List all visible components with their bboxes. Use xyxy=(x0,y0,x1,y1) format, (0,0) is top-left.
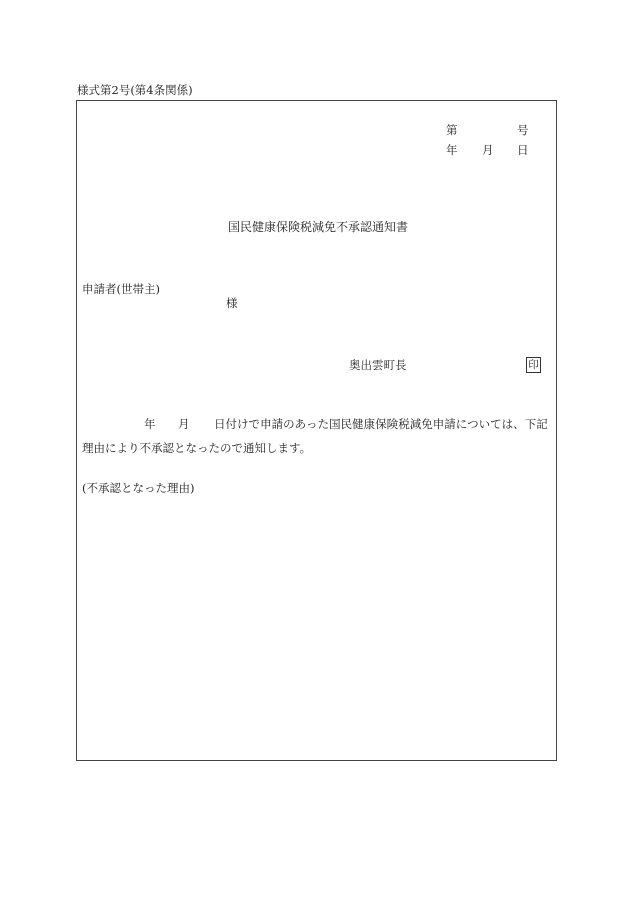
date-year-label: 年 xyxy=(446,145,458,157)
document-number-suffix: 号 xyxy=(517,125,529,137)
form-number-label: 様式第2号(第4条関係) xyxy=(77,85,193,97)
applicant-honorific: 様 xyxy=(226,298,238,310)
issuer-name: 奥出雲町長 xyxy=(349,360,407,372)
document-title: 国民健康保険税減免不承認通知書 xyxy=(228,221,408,233)
seal-icon: 印 xyxy=(526,357,541,373)
date-day-label: 日 xyxy=(517,145,529,157)
document-number-prefix: 第 xyxy=(446,125,458,137)
body-text-line2: 理由により不承認となったので通知します。 xyxy=(82,443,311,455)
reason-label: (不承認となった理由) xyxy=(82,483,194,495)
body-month-label: 月 xyxy=(178,419,190,431)
applicant-label: 申請者(世帯主) xyxy=(82,284,160,296)
body-text-line1: 日付けで申請のあった国民健康保険税減免申請については、下記 xyxy=(214,419,548,431)
body-year-label: 年 xyxy=(144,419,156,431)
date-month-label: 月 xyxy=(482,145,494,157)
